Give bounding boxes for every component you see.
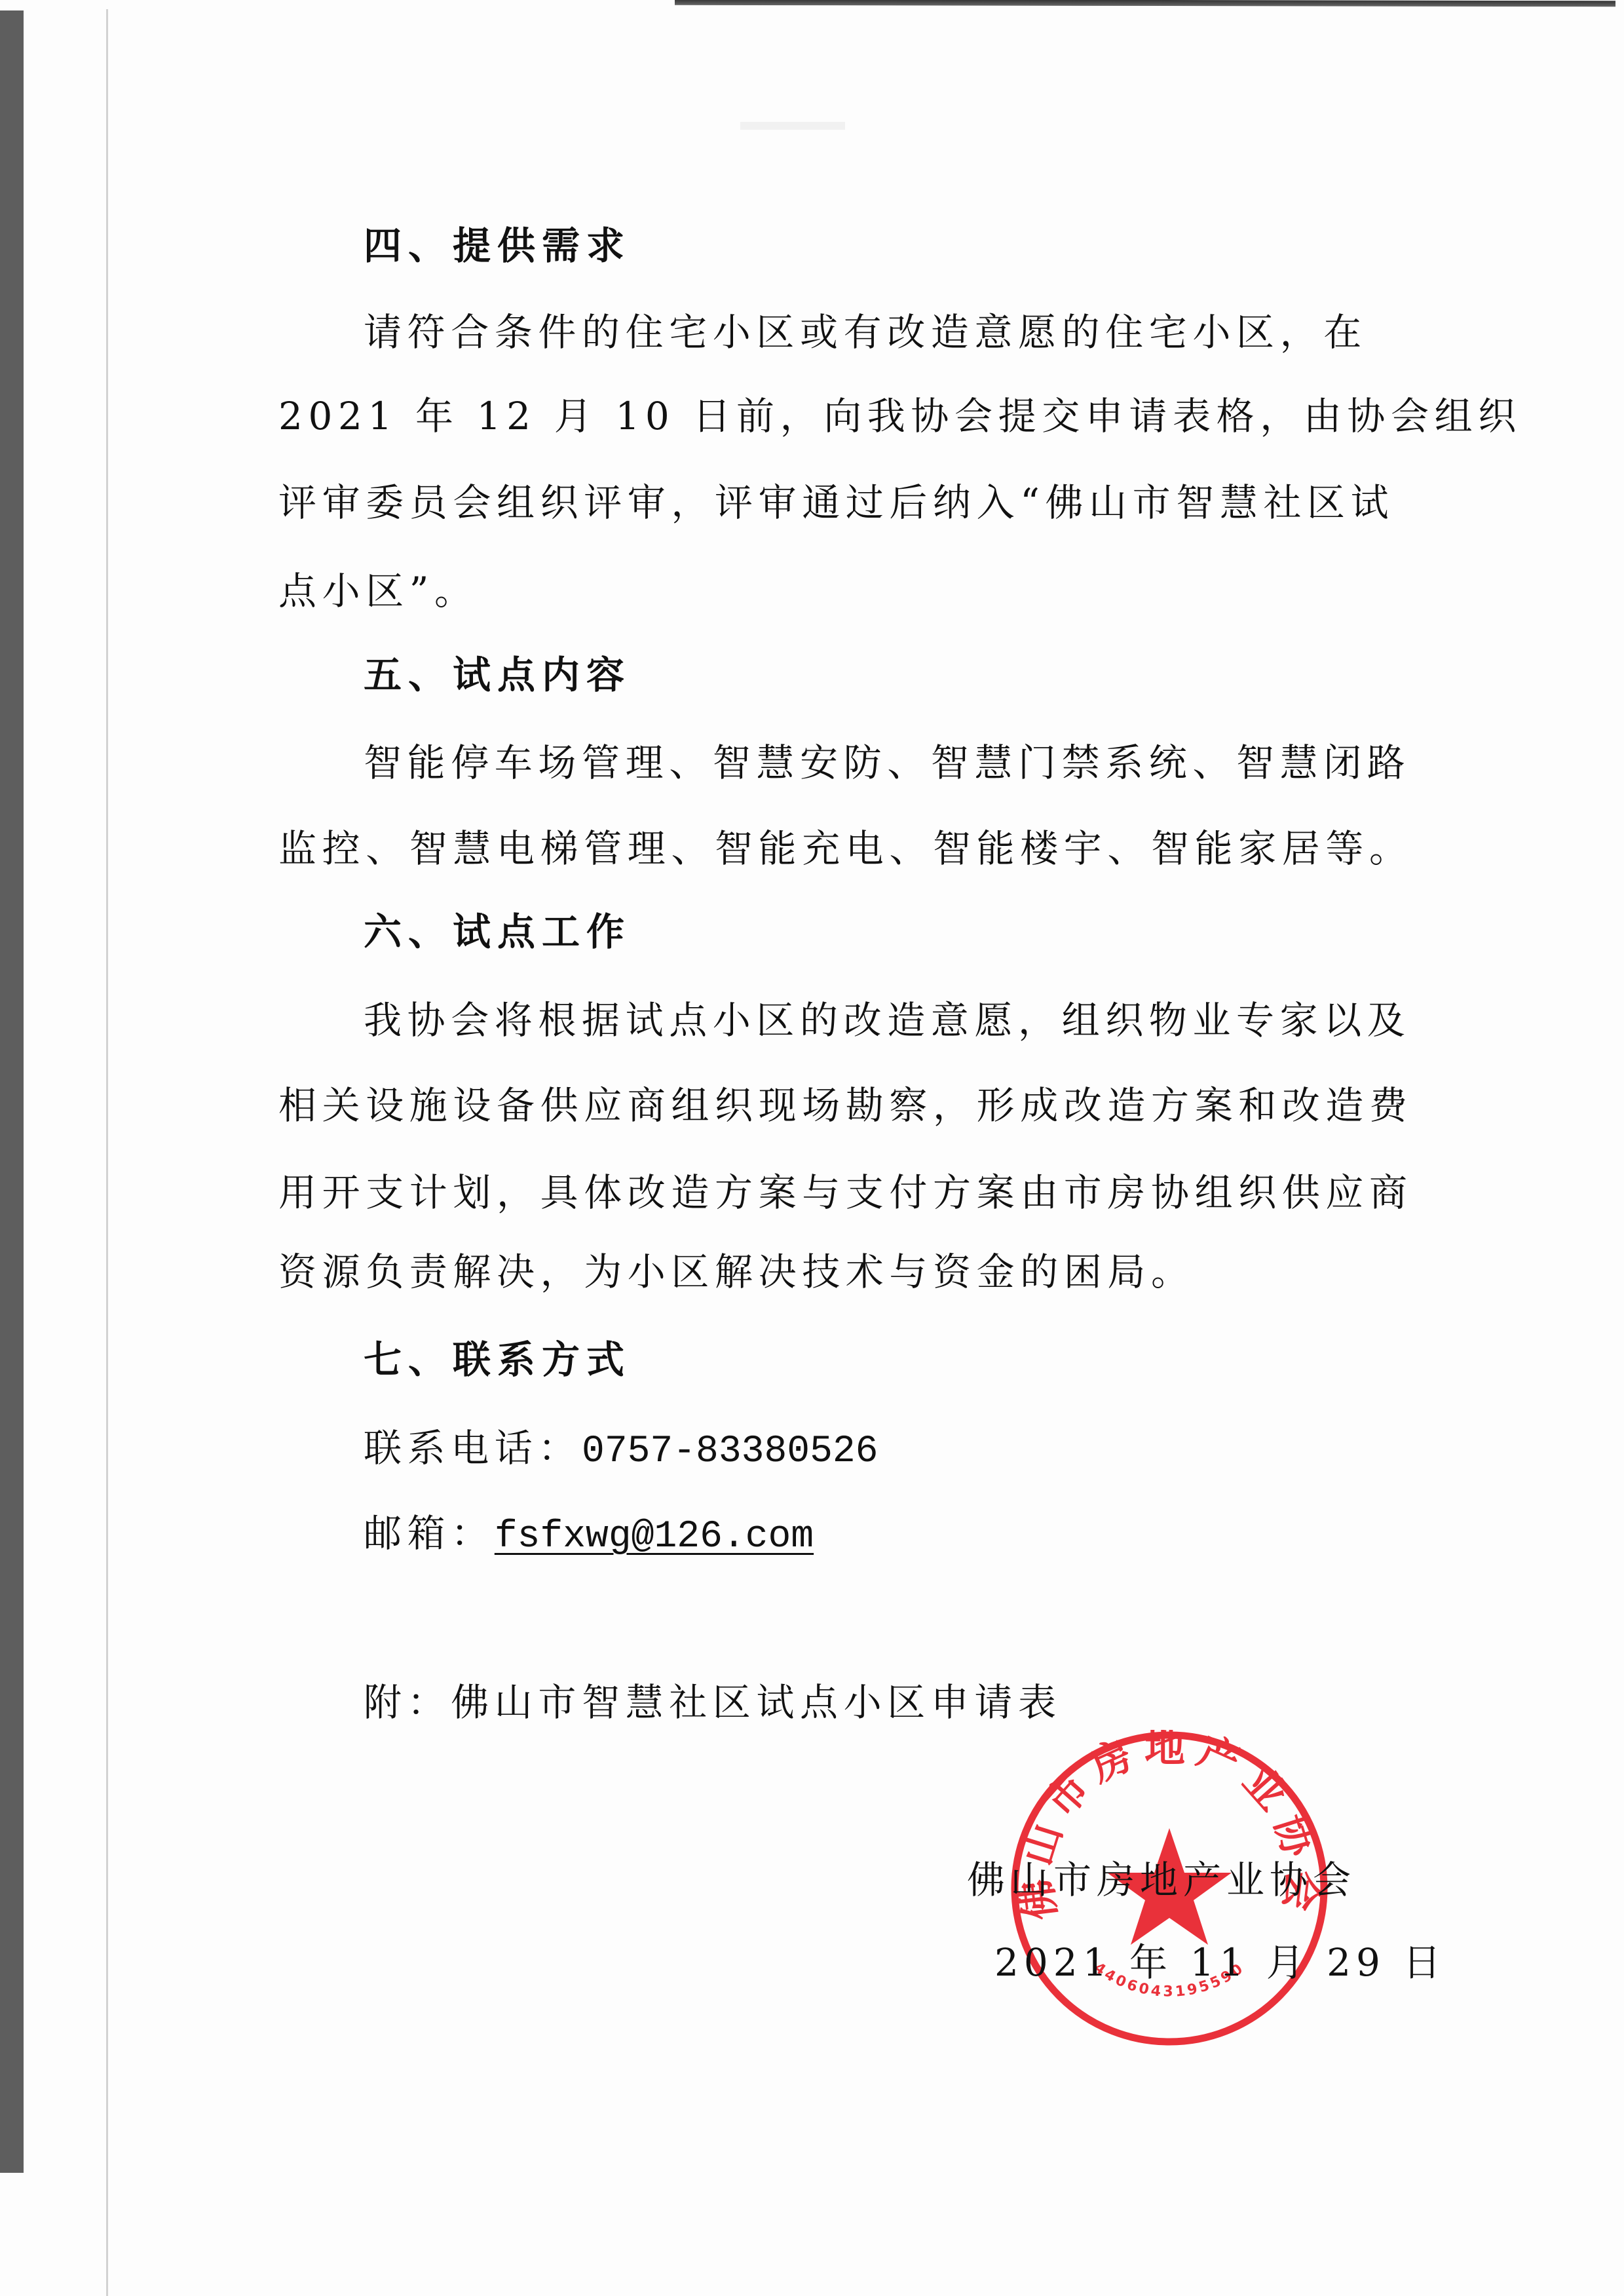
paragraph-line: 请符合条件的住宅小区或有改造意愿的住宅小区，在 [364,306,1412,358]
contact-phone: 联系电话：0757-83380526 [364,1422,1412,1474]
paragraph-line: 相关设施设备供应商组织现场勘察，形成改造方案和改造费 [278,1079,1412,1132]
phone-label: 联系电话： [364,1426,582,1470]
paragraph-line: 2021 年 12 月 10 日前，向我协会提交申请表格，由协会组织 [278,390,1412,442]
paragraph-line: 监控、智慧电梯管理、智能充电、智能楼宇、智能家居等。 [278,822,1412,875]
attachment-note: 附：佛山市智慧社区试点小区申请表 [364,1676,1412,1729]
faint-header-mark [740,122,845,130]
signing-date: 2021 年 11 月 29 日 [994,1936,1446,1989]
document-page: 四、提供需求 请符合条件的住宅小区或有改造意愿的住宅小区，在 2021 年 12… [0,0,1624,2296]
scanner-edge-shadow [0,10,24,2173]
email-label: 邮箱： [364,1511,495,1556]
scanner-top-edge [675,0,1615,7]
section-heading-six: 六、试点工作 [364,906,1412,958]
section-heading-seven: 七、联系方式 [364,1333,1412,1386]
paragraph-line: 智能停车场管理、智慧安防、智慧门禁系统、智慧闭路 [364,737,1412,789]
contact-email: 邮箱：fsfxwg@126.com [364,1507,1412,1559]
paragraph-line: 评审委员会组织评审，评审通过后纳入“佛山市智慧社区试 [278,476,1412,529]
email-link[interactable]: fsfxwg@126.com [495,1516,814,1558]
signing-organization: 佛山市房地产业协会 [967,1854,1356,1906]
paragraph-line: 资源负责解决，为小区解决技术与资金的困局。 [278,1246,1412,1298]
section-heading-four: 四、提供需求 [364,220,1412,272]
paragraph-line: 用开支计划，具体改造方案与支付方案由市房协组织供应商 [278,1166,1412,1219]
section-heading-five: 五、试点内容 [364,649,1412,701]
paragraph-line: 我协会将根据试点小区的改造意愿，组织物业专家以及 [364,994,1412,1046]
scanner-margin-line [106,9,108,2296]
phone-number: 0757-83380526 [582,1430,878,1473]
paragraph-line: 点小区”。 [278,565,1412,617]
